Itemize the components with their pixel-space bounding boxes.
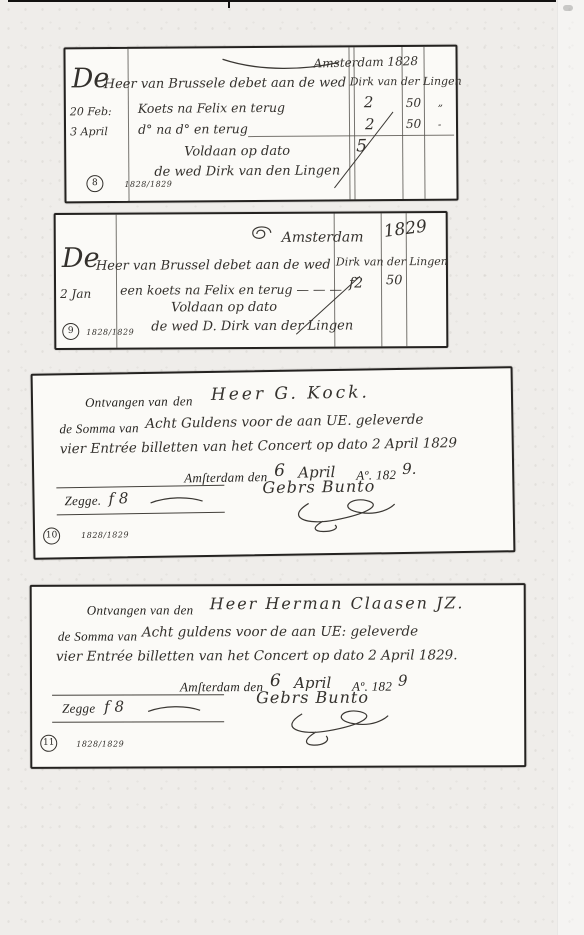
pen-swirl xyxy=(241,222,277,244)
row-description: Koets na Felix en terug xyxy=(138,100,285,116)
debtor-name: Dirk van der Lingen xyxy=(350,75,462,89)
row-cents: 50 xyxy=(386,273,403,288)
receipt-invoice-1829: Amsterdam 1829 De Heer van Brussel debet… xyxy=(54,211,449,350)
paid-note-line1: Voldaan op dato xyxy=(184,144,290,160)
place: Amsterdam xyxy=(282,229,364,245)
row-ditto-mark: „ xyxy=(438,98,443,109)
sequence-number-stamp: 11 xyxy=(40,735,57,752)
column-rule xyxy=(348,47,350,199)
scanned-page: Amsterdam 1828 De Heer van Brussele debe… xyxy=(0,0,584,935)
zegge-dash-stroke xyxy=(146,703,202,715)
row-date: 2 Jan xyxy=(60,287,91,301)
sequence-number-stamp: 9 xyxy=(62,323,79,340)
sum-in-words: Acht Guldens voor de aan UE. geleverde xyxy=(145,412,423,432)
printed-received-label: Ontvangen van xyxy=(87,602,170,618)
debtor-name: Dirk van der Lingen xyxy=(336,255,448,269)
signature: Gebrs Bunto xyxy=(256,688,369,707)
year-digit: 9 xyxy=(398,672,408,690)
payer-name: Heer G. Kock. xyxy=(211,382,370,404)
row-cents: 50 xyxy=(406,96,421,110)
debtor-line: Heer van Brussel debet aan de wed xyxy=(96,258,331,274)
zegge-dash-stroke xyxy=(148,494,204,507)
row-description: een koets na Felix en terug — — — xyxy=(120,282,342,298)
sequence-number-stamp: 8 xyxy=(86,175,103,192)
paid-note-line2: de wed Dirk van den Lingen xyxy=(154,163,340,179)
row-guilders: 2 xyxy=(364,93,374,111)
total-slash-stroke xyxy=(334,112,393,189)
receipt-invoice-1828: Amsterdam 1828 De Heer van Brussele debe… xyxy=(63,45,458,204)
year: 1829 xyxy=(383,217,428,242)
zegge-amount: f 8 xyxy=(108,489,128,507)
row-description: d° na d° en terug xyxy=(138,121,248,137)
receipt-concert-ticket-kock: Ontvangen van den Heer G. Kock. de Somma… xyxy=(31,366,516,560)
archive-reference: 1828/1829 xyxy=(76,740,124,749)
paid-note-line1: Voldaan op dato xyxy=(171,300,277,316)
printed-zegge-label: Zegge. xyxy=(64,493,101,510)
printed-city-label: Amſterdam den xyxy=(184,469,267,486)
row-ditto-mark: - xyxy=(438,120,441,131)
sequence-number-stamp: 10 xyxy=(43,527,60,544)
delivery-detail: vier Entrée billetten van het Concert op… xyxy=(56,647,458,664)
debtor-line: Heer van Brussele debet aan de wed xyxy=(104,75,347,92)
column-rule xyxy=(353,47,355,199)
printed-somma-label: de Somma van xyxy=(58,628,137,644)
paid-note-line2: de wed D. Dirk van der Lingen xyxy=(151,318,353,334)
printed-zegge-label: Zegge xyxy=(62,701,95,717)
printed-somma-label: de Somma van xyxy=(59,420,139,437)
column-rule xyxy=(381,213,383,346)
scan-top-edge xyxy=(8,0,556,2)
zegge-block: Zegge f 8 xyxy=(52,694,224,723)
printed-received-label: Ontvangen van xyxy=(85,394,168,411)
signature-flourish xyxy=(279,494,400,538)
opening-word: De xyxy=(62,245,100,272)
year-digit: 9. xyxy=(402,460,417,478)
receipt-concert-ticket-claasen: Ontvangen van den Heer Herman Claasen JZ… xyxy=(30,583,527,769)
scan-top-tick xyxy=(228,0,230,8)
archive-reference: 1828/1829 xyxy=(124,180,172,189)
scan-corner-smudge xyxy=(563,5,573,11)
archive-reference: 1828/1829 xyxy=(81,530,129,540)
printed-den-label: den xyxy=(174,602,194,618)
scan-right-band xyxy=(557,0,584,935)
archive-reference: 1828/1829 xyxy=(86,328,134,337)
sum-in-words: Acht guldens voor de aan UE: geleverde xyxy=(142,624,418,641)
column-rule xyxy=(127,49,129,201)
zegge-amount: f 8 xyxy=(104,698,124,716)
row-cents: 50 xyxy=(406,117,421,131)
place-year: Amsterdam 1828 xyxy=(313,54,418,71)
column-rule xyxy=(401,47,403,199)
zegge-block: Zegge. f 8 xyxy=(56,485,224,516)
delivery-detail: vier Entrée billetten van het Concert op… xyxy=(60,435,458,457)
row-guilders: 2 xyxy=(365,115,375,133)
row-date: 20 Feb: xyxy=(70,105,112,118)
printed-city-label: Amſterdam den xyxy=(180,679,263,695)
signature-flourish xyxy=(272,706,392,752)
column-rule xyxy=(423,47,425,199)
row-date: 3 April xyxy=(70,125,108,138)
printed-den-label: den xyxy=(173,393,193,409)
payer-name: Heer Herman Claasen JZ. xyxy=(210,593,465,613)
